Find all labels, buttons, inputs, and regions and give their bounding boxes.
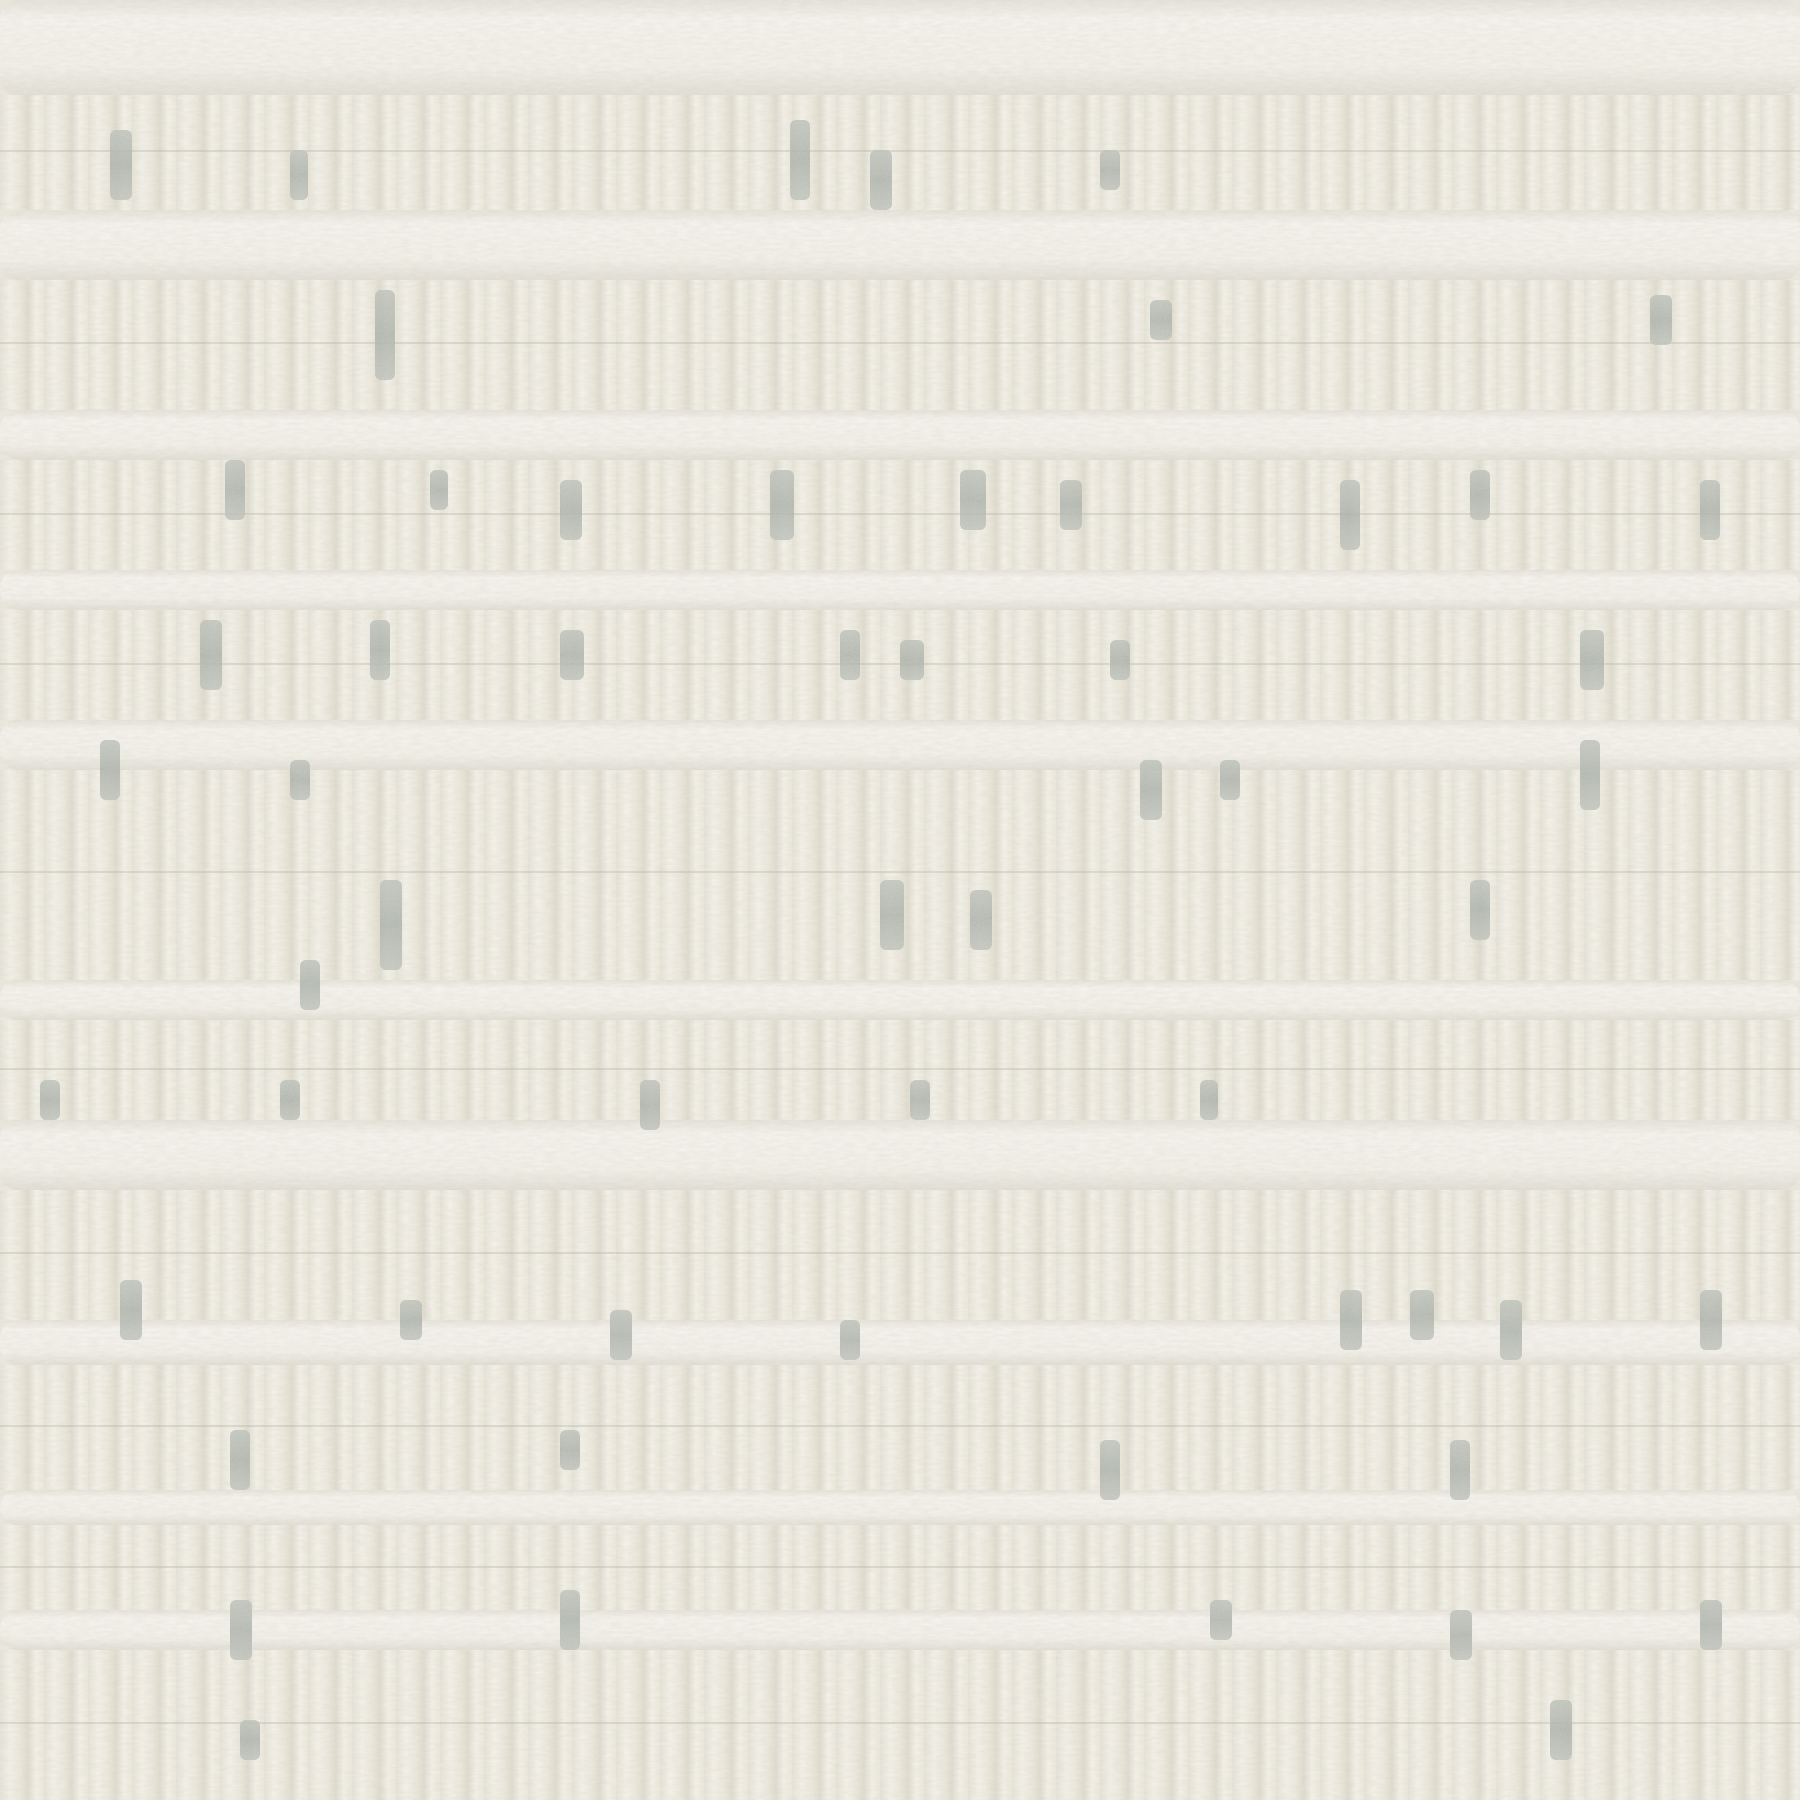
plush-pile-band	[0, 410, 1800, 460]
gray-fleck	[230, 1430, 250, 1490]
rug-texture-photo	[0, 0, 1800, 1800]
knotted-loop-band	[0, 1650, 1800, 1800]
knotted-loop-band	[0, 1020, 1800, 1120]
gray-fleck	[1450, 1440, 1470, 1500]
gray-fleck	[1340, 1290, 1362, 1350]
knotted-loop-band	[0, 280, 1800, 410]
gray-fleck	[1700, 1600, 1722, 1650]
gray-fleck	[430, 470, 448, 510]
gray-fleck	[230, 1600, 252, 1660]
plush-pile-band	[0, 1320, 1800, 1365]
gray-fleck	[370, 620, 390, 680]
gray-fleck	[1110, 640, 1130, 680]
gray-fleck	[380, 880, 402, 970]
gray-fleck	[1550, 1700, 1572, 1760]
gray-fleck	[560, 1430, 580, 1470]
gray-fleck	[880, 880, 904, 950]
gray-fleck	[840, 630, 860, 680]
knotted-loop-band	[0, 95, 1800, 210]
knotted-loop-band	[0, 1190, 1800, 1320]
gray-fleck	[110, 130, 132, 200]
gray-fleck	[560, 480, 582, 540]
gray-fleck	[900, 640, 924, 680]
gray-fleck	[610, 1310, 632, 1360]
gray-fleck	[560, 630, 584, 680]
gray-fleck	[1410, 1290, 1434, 1340]
plush-pile-band	[0, 210, 1800, 280]
gray-fleck	[400, 1300, 422, 1340]
plush-pile-band	[0, 570, 1800, 610]
gray-fleck	[1450, 1610, 1472, 1660]
gray-fleck	[1470, 880, 1490, 940]
gray-fleck	[910, 1080, 930, 1120]
gray-fleck	[1580, 740, 1600, 810]
gray-fleck	[1140, 760, 1162, 820]
gray-fleck	[100, 740, 120, 800]
gray-fleck	[560, 1590, 580, 1650]
gray-fleck	[870, 150, 892, 210]
gray-fleck	[960, 470, 986, 530]
gray-fleck	[280, 1080, 300, 1120]
gray-fleck	[1210, 1600, 1232, 1640]
plush-pile-band	[0, 980, 1800, 1020]
plush-pile-band	[0, 1490, 1800, 1525]
knotted-loop-band	[0, 460, 1800, 570]
gray-fleck	[120, 1280, 142, 1340]
gray-fleck	[375, 290, 395, 380]
gray-fleck	[1650, 295, 1672, 345]
plush-pile-band	[0, 720, 1800, 770]
knotted-loop-band	[0, 1525, 1800, 1610]
gray-fleck	[790, 120, 810, 200]
gray-fleck	[1100, 1440, 1120, 1500]
gray-fleck	[225, 460, 245, 520]
gray-fleck	[1200, 1080, 1218, 1120]
gray-fleck	[1580, 630, 1604, 690]
gray-fleck	[290, 150, 308, 200]
gray-fleck	[300, 960, 320, 1010]
gray-fleck	[1060, 480, 1082, 530]
gray-fleck	[1700, 480, 1720, 540]
gray-fleck	[1220, 760, 1240, 800]
plush-pile-band	[0, 1610, 1800, 1650]
gray-fleck	[1340, 480, 1360, 550]
gray-fleck	[1500, 1300, 1522, 1360]
knotted-loop-band	[0, 1365, 1800, 1490]
gray-fleck	[770, 470, 794, 540]
plush-pile-band	[0, 1120, 1800, 1190]
gray-fleck	[1100, 150, 1120, 190]
gray-fleck	[840, 1320, 860, 1360]
plush-pile-band	[0, 0, 1800, 95]
gray-fleck	[290, 760, 310, 800]
gray-fleck	[200, 620, 222, 690]
gray-fleck	[640, 1080, 660, 1130]
gray-fleck	[1700, 1290, 1722, 1350]
gray-fleck	[1470, 470, 1490, 520]
gray-fleck	[970, 890, 992, 950]
gray-fleck	[1150, 300, 1172, 340]
gray-fleck	[40, 1080, 60, 1120]
gray-fleck	[240, 1720, 260, 1760]
